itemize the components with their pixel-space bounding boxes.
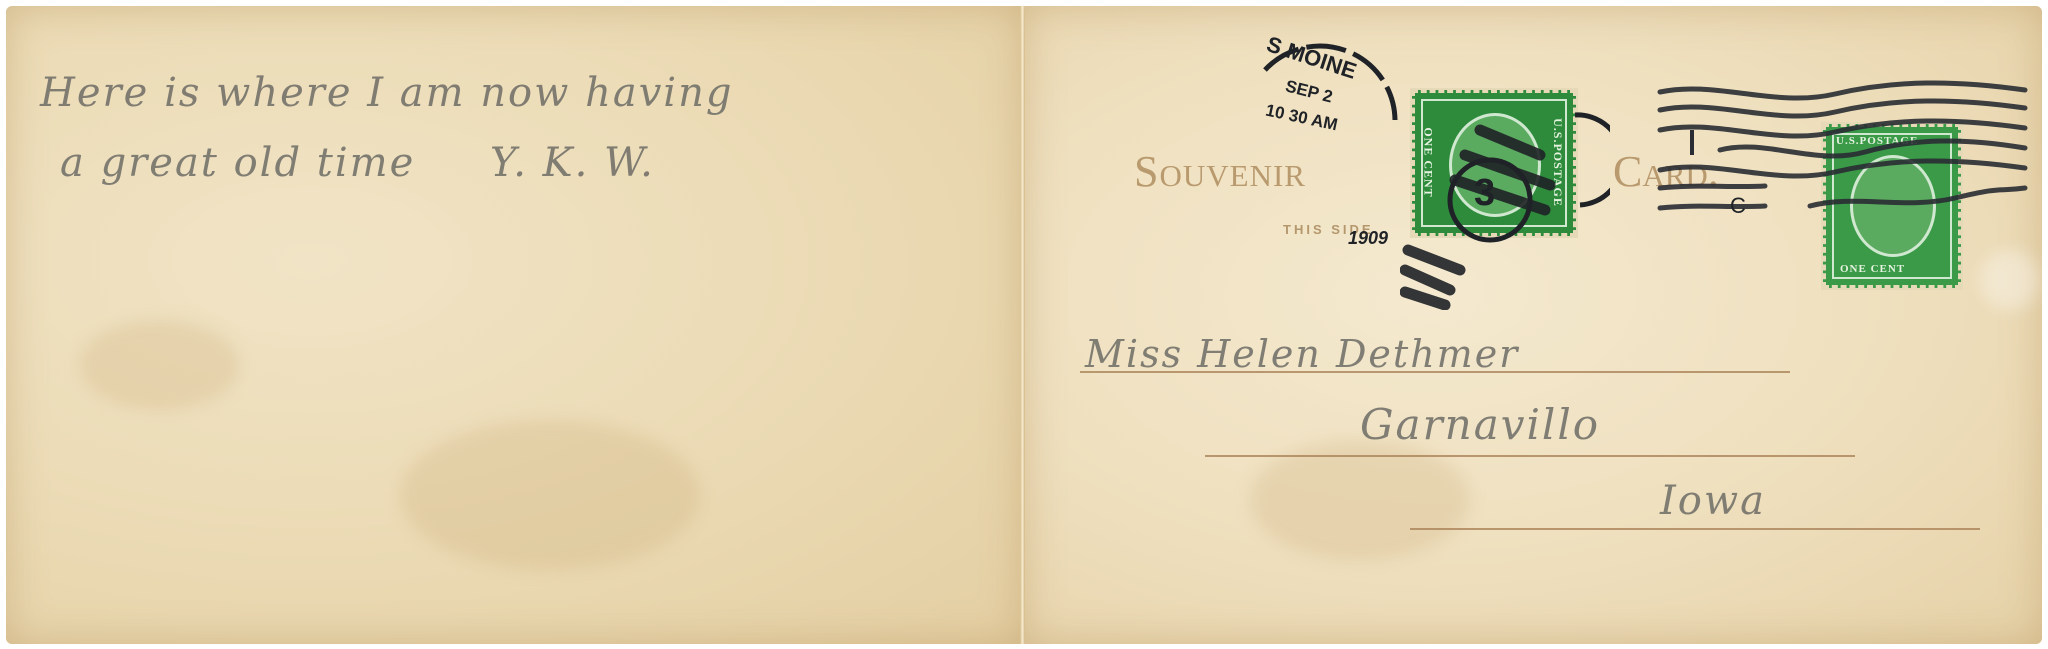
paper-wear — [1980, 250, 2040, 310]
paper-stain — [80, 320, 240, 410]
paper-stain — [400, 420, 700, 570]
handwritten-message-line2: a great old time — [60, 140, 415, 186]
address-name: Miss Helen Dethmer — [1085, 332, 1519, 376]
address-city: Garnavillo — [1360, 400, 1600, 449]
address-line-2 — [1205, 455, 1855, 457]
address-state: Iowa — [1660, 478, 1766, 524]
handwritten-message-line1: Here is where I am now having — [40, 70, 733, 116]
machine-cancel-letter: C — [1730, 193, 1746, 219]
postmark-year: 1909 — [1348, 228, 1388, 249]
numeral-cancel: 3 — [1474, 172, 1495, 215]
address-line-1 — [1080, 371, 1790, 373]
handwritten-signature: Y. K. W. — [490, 140, 655, 186]
wavy-machine-cancel-icon — [1655, 80, 2035, 220]
fold-crease — [1020, 6, 1025, 644]
postmark-arc-icon — [1570, 110, 1610, 210]
paper-stain — [1250, 440, 1470, 560]
address-line-3 — [1410, 528, 1980, 530]
